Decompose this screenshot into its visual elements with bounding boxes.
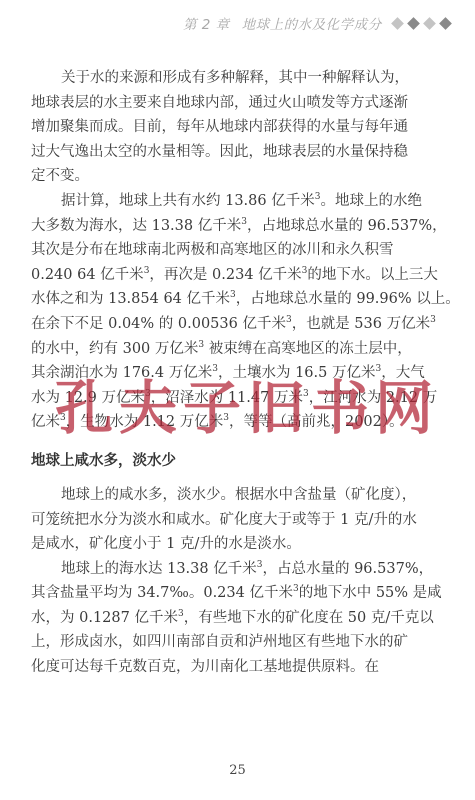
- chapter-title: 地球上的水及化学成分: [242, 13, 382, 33]
- page-number: 25: [0, 763, 475, 778]
- text-line: 地球上的咸水多，淡水少。根据水中含盐量（矿化度），: [31, 483, 441, 508]
- text-line: 化度可达每千克数百克，为川南化工基地提供原料。在: [31, 655, 441, 680]
- text-line: 水为 12.9 万亿米3，沼泽水为 11.47 万米3，江河水为 2.12 万: [31, 386, 441, 411]
- running-header: 第 2 章 地球上的水及化学成分: [183, 12, 453, 34]
- diamond-ornament-icon: [390, 18, 405, 29]
- diamond-ornament-icon: [438, 18, 453, 29]
- text-line: 大多数为海水，达 13.38 亿千米3，占地球总水量的 96.537%，: [31, 214, 441, 239]
- text-line: 水，为 0.1287 亿千米3，有些地下水的矿化度在 50 克/千克以: [31, 606, 441, 631]
- header-decoration: [390, 18, 453, 29]
- text-line: 过大气逸出太空的水量相等。因此，地球表层的水量保持稳: [31, 140, 441, 165]
- text-line: 水体之和为 13.854 64 亿千米3，占地球总水量的 99.96% 以上。: [31, 287, 441, 312]
- text-line: 亿米3，生物水为 1.12 万亿米3，等等（高前兆，2002）。: [31, 410, 441, 435]
- paragraph-seawater: 地球上的海水达 13.38 亿千米3，占总水量的 96.537%， 其含盐量平均…: [31, 557, 441, 680]
- text-line: 是咸水，矿化度小于 1 克/升的水是淡水。: [31, 532, 441, 557]
- text-line: 其余湖泊水为 176.4 万亿米3，土壤水为 16.5 万亿米3，大气: [31, 361, 441, 386]
- text-line: 在余下不足 0.04% 的 0.00536 亿千米3，也就是 536 万亿米3: [31, 312, 441, 337]
- text-line: 上，形成卤水，如四川南部自贡和泸州地区有些地下水的矿: [31, 630, 441, 655]
- page-body: 关于水的来源和形成有多种解释，其中一种解释认为， 地球表层的水主要来自地球内部，…: [31, 66, 441, 680]
- diamond-ornament-icon: [422, 18, 437, 29]
- text-line: 地球上的海水达 13.38 亿千米3，占总水量的 96.537%，: [31, 557, 441, 582]
- text-line: 其次是分布在地球南北两极和高寒地区的冰川和永久积雪: [31, 238, 441, 263]
- section-heading: 地球上咸水多，淡水少: [31, 450, 441, 472]
- text-line: 关于水的来源和形成有多种解释，其中一种解释认为，: [31, 66, 441, 91]
- diamond-ornament-icon: [406, 18, 421, 29]
- paragraph-salinity: 地球上的咸水多，淡水少。根据水中含盐量（矿化度）， 可笼统把水分为淡水和咸水。矿…: [31, 483, 441, 557]
- chapter-label: 第 2 章: [183, 13, 230, 33]
- paragraph-water-origin: 关于水的来源和形成有多种解释，其中一种解释认为， 地球表层的水主要来自地球内部，…: [31, 66, 441, 189]
- text-line: 0.240 64 亿千米3，再次是 0.234 亿千米3的地下水。以上三大: [31, 263, 441, 288]
- text-line: 据计算，地球上共有水约 13.86 亿千米3。地球上的水绝: [31, 189, 441, 214]
- text-line: 的水中，约有 300 万亿米3 被束缚在高寒地区的冻土层中，: [31, 337, 441, 362]
- text-line: 地球表层的水主要来自地球内部，通过火山喷发等方式逐渐: [31, 91, 441, 116]
- text-line: 可笼统把水分为淡水和咸水。矿化度大于或等于 1 克/升的水: [31, 508, 441, 533]
- text-line: 定不变。: [31, 164, 441, 189]
- text-line: 其含盐量平均为 34.7‰。0.234 亿千米3的地下水中 55% 是咸: [31, 581, 441, 606]
- paragraph-water-volume: 据计算，地球上共有水约 13.86 亿千米3。地球上的水绝 大多数为海水，达 1…: [31, 189, 441, 435]
- text-line: 增加聚集而成。目前，每年从地球内部获得的水量与每年通: [31, 115, 441, 140]
